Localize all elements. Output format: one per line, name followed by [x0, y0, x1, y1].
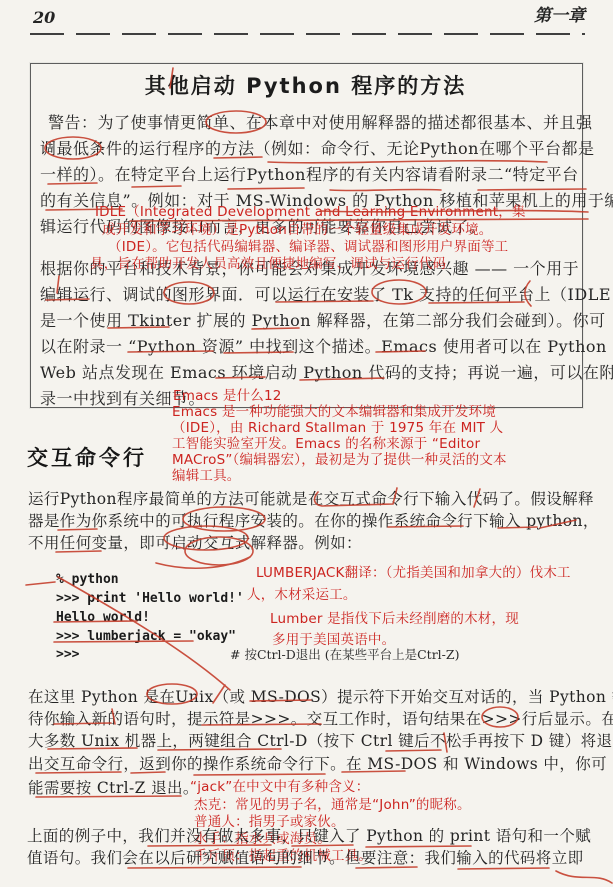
note-idle-line: IDLE（Integrated Development and Learning…: [95, 204, 526, 221]
paragraph-line: 不用任何变量，即可启动交互式解释器。例如：: [28, 532, 362, 554]
paragraph-line: 上面的例子中，我们并没有做太多事，只键入了 Python 的 print 语句和…: [27, 825, 591, 847]
paragraph-line: 出交互命令行，返到你的操作系统命令行下。在 MS-DOS 和 Windows 中…: [28, 753, 607, 775]
note-jack-line: 杰克：常见的男子名，通常是“John”的昵称。: [194, 797, 471, 814]
paragraph-line: 在这里 Python 是在Unix（或 MS-DOS）提示符下开始交互对话的，当…: [28, 686, 613, 708]
scanned-book-page: 20 第一章 其他启动 Python 程序的方法 警告：为了使事情更简单、在本章…: [0, 0, 613, 887]
warning-box-line: 调最低条件的运行程序的方法（例如：命令行、无论Python在哪个平台都是: [40, 136, 594, 162]
note-lumberjack-line: 人，木材采运工。: [247, 587, 357, 604]
paragraph-line: 值语句。我们会在以后研究赋值语句的细节。但要注意：我们输入的代码将立即: [27, 847, 584, 869]
warning-box-line: 警告：为了使事情更简单、在本章中对使用解释器的描述都很基本、并且强: [48, 110, 593, 136]
paragraph-line: 待你输入新的语句时，提示符是>>>。交互工作时，语句结果在>>>行后显示。在: [28, 708, 613, 730]
warning-box-title: 其他启动 Python 程序的方法: [30, 73, 581, 99]
code-line: Hello world!: [56, 609, 150, 628]
code-line: >>> print 'Hello world!': [56, 590, 244, 609]
note-idle-line: 具，旨在帮助开发人员高效且便捷地编写、调试与运行代码: [90, 256, 446, 273]
warning-box-line: Web 站点发现在 Emacs 环境启动 Python 代码的支持；再说一遍，可…: [40, 360, 613, 386]
warning-box-line: 是一个使用 Tkinter 扩展的 Python 解释器，在第二部分我们会碰到）…: [40, 308, 606, 334]
code-line: >>>: [56, 646, 79, 665]
chapter-title: 第一章: [534, 6, 585, 26]
paragraph-line: 器是作为你系统中的可执行程序安装的。在你的操作系统命令行下输入 python，: [28, 510, 599, 532]
note-emacs-line: 编辑工具。: [172, 468, 241, 485]
warning-box-line: 一样的）。在特定平台上运行Python程序的有关内容请看附录二“特定平台: [40, 162, 579, 188]
note-emacs-question: Emacs 是什么12: [173, 388, 282, 405]
section-heading: 交互命令行: [27, 445, 147, 471]
note-lumber-line: 多用于美国英语中。: [272, 632, 395, 649]
note-lumber-line: Lumber 是指伐下后未经削磨的木材，现: [270, 611, 519, 628]
note-lumberjack-line: LUMBERJACK翻译：（尤指美国和加拿大的）伐木工: [256, 565, 571, 582]
note-emacs-line: MACroS”（编辑器宏），最初是为了提供一种灵活的文本: [172, 452, 507, 469]
paragraph-line: 能需要按 Ctrl-Z 退出。: [28, 777, 199, 799]
code-comment: # 按Ctrl-D退出 (在某些平台上是Ctrl-Z): [230, 647, 459, 663]
note-emacs-line: Emacs 是一种功能强大的文本编辑器和集成开发环境: [172, 404, 496, 421]
note-idle-line: 成开发和学习环境）是Python自带的一个轻量级集成开发环境。: [102, 222, 493, 239]
paragraph-line: 运行Python程序最简单的方法可能就是在交互式命令行下输入代码了。假设解释: [28, 488, 594, 510]
warning-box-line: 以在附录一 “Python 资源” 中找到这个描述。Emacs 使用者可以在 P…: [40, 334, 607, 360]
note-jack-line: “jack”在中文中有多种含义：: [190, 779, 369, 796]
code-line: >>> lumberjack = "okay": [56, 628, 236, 647]
header-rule: [30, 33, 585, 35]
warning-box-line: 编辑运行、调试的图形界面．可以运行在安装了 Tk 支持的任何平台上（IDLE: [40, 282, 611, 308]
page-number: 20: [33, 8, 55, 28]
paragraph-line: 大多数 Unix 机器上，两键组合 Ctrl-D（按下 Ctrl 键后不松手再按…: [28, 730, 612, 752]
note-emacs-line: （IDE），由 Richard Stallman 于 1975 年在 MIT 人: [172, 420, 503, 437]
note-idle-line: （IDE）。它包括代码编辑器、编译器、调试器和图形用户界面等工: [108, 239, 508, 256]
code-line: % python: [56, 571, 119, 590]
note-emacs-line: 工智能实验室开发。Emacs 的名称来源于 “Editor: [172, 436, 480, 453]
